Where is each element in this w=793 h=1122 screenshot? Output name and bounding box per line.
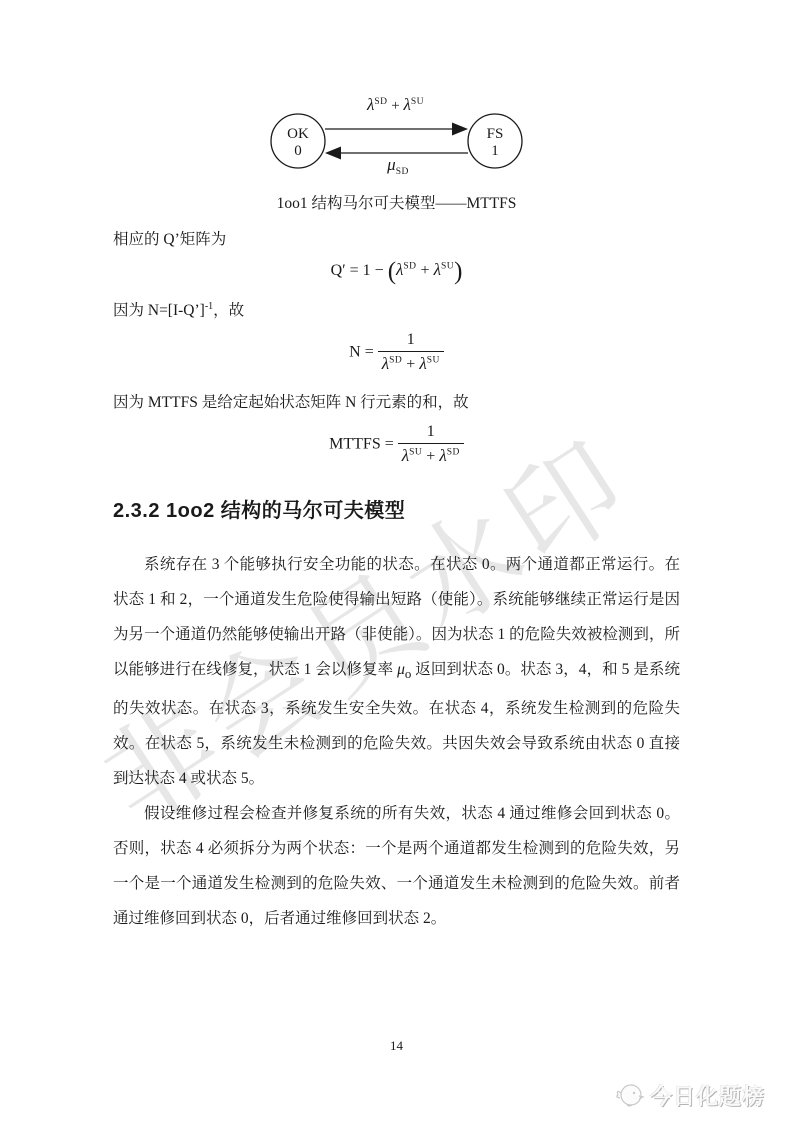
formula-q-one: 1 — [363, 262, 371, 279]
lambda-symbol: λ — [419, 354, 426, 373]
brand-name: 今日化题榜 — [650, 1080, 765, 1111]
document-page: 非会员水印 OK 0 FS 1 λSD + λSU μSD 1oo1 结构马尔可… — [0, 0, 793, 1122]
right-paren: ) — [454, 258, 462, 285]
lambda-sup-su: SU — [411, 97, 424, 107]
lambda-symbol: λ — [403, 95, 410, 114]
n-intro-suffix: ，故 — [213, 302, 244, 319]
n-matrix-intro: 因为 N=[I-Q’]-1，故 — [113, 298, 680, 320]
fraction-denominator: λSU + λSD — [398, 444, 464, 468]
lambda-sup-su: SU — [409, 448, 422, 458]
q-matrix-intro: 相应的 Q’矩阵为 — [113, 227, 680, 249]
fraction-numerator: 1 — [378, 330, 444, 352]
arrow-ok-to-fs-head — [452, 123, 468, 136]
body-paragraph-2: 假设维修过程会检查并修复系统的所有失效，状态 4 通过维修会回到状态 0。否则，… — [113, 796, 680, 936]
formula-n-lhs: N — [349, 344, 361, 361]
plus-sign: + — [406, 356, 415, 373]
lambda-sup-su: SU — [441, 262, 454, 272]
fraction: 1 λSD + λSU — [378, 330, 444, 376]
mu-symbol: μ — [397, 661, 405, 678]
plus-sign: + — [391, 98, 399, 114]
minus-sign: − — [375, 262, 384, 279]
chick-icon — [612, 1081, 646, 1111]
state-ok-label: OK — [287, 126, 309, 142]
paragraph-text: 系统存在 3 个能够执行安全功能的状态。在状态 0。两个通道都正常运行。在状态 … — [113, 556, 680, 678]
plus-sign: + — [421, 262, 430, 279]
arrow-fs-to-ok-head — [325, 147, 341, 160]
lambda-sup-sd: SD — [447, 448, 460, 458]
transition-rate-label-top: λSD + λSU — [318, 95, 473, 115]
formula-n: N = 1 λSD + λSU — [113, 330, 680, 376]
mu-sub-sd: SD — [396, 167, 409, 177]
section-heading: 2.3.2 1oo2 结构的马尔可夫模型 — [113, 494, 680, 523]
lambda-sup-su: SU — [427, 356, 440, 366]
figure-caption: 1oo1 结构马尔可夫模型——MTTFS — [113, 191, 680, 213]
left-paren: ( — [388, 258, 396, 285]
brand-watermark: 今日化题榜 — [612, 1080, 765, 1111]
equals-sign: = — [365, 344, 374, 361]
repair-rate-label-bottom: μSD — [343, 155, 453, 177]
equals-sign: = — [385, 436, 394, 453]
inverse-exponent: -1 — [205, 301, 213, 312]
lambda-sup-sd: SD — [403, 262, 416, 272]
lambda-symbol: λ — [434, 260, 441, 279]
lambda-sup-sd: SD — [389, 356, 402, 366]
plus-sign: + — [426, 448, 435, 465]
paragraph-text: 返回到状态 0。状态 3，4，和 5 是系统的失效状态。在状态 3，系统发生安全… — [113, 661, 680, 787]
markov-state-diagram: OK 0 FS 1 λSD + λSU μSD — [113, 95, 680, 187]
formula-q-lhs: Q′ — [331, 262, 346, 279]
page-number: 14 — [0, 1038, 793, 1054]
lambda-sup-sd: SD — [374, 97, 387, 107]
page-content: OK 0 FS 1 λSD + λSU μSD 1oo1 结构马尔可夫模型——M… — [113, 95, 680, 936]
n-intro-text: 因为 N=[I-Q’] — [113, 302, 205, 319]
equals-sign: = — [350, 262, 359, 279]
fraction-denominator: λSD + λSU — [378, 352, 444, 376]
state-fs-label: FS — [487, 126, 504, 142]
fraction-numerator: 1 — [398, 422, 464, 444]
mu-symbol: μ — [387, 155, 396, 174]
fraction: 1 λSU + λSD — [398, 422, 464, 468]
body-paragraph-1: 系统存在 3 个能够执行安全功能的状态。在状态 0。两个通道都正常运行。在状态 … — [113, 547, 680, 796]
state-ok-number: 0 — [294, 143, 302, 159]
formula-mttfs: MTTFS = 1 λSU + λSD — [113, 422, 680, 468]
lambda-symbol: λ — [439, 446, 446, 465]
state-fs-number: 1 — [491, 143, 499, 159]
mttfs-intro: 因为 MTTFS 是给定起始状态矩阵 N 行元素的和，故 — [113, 390, 680, 412]
formula-mttfs-lhs: MTTFS — [329, 436, 381, 453]
formula-q: Q′ = 1 − (λSD + λSU) — [113, 259, 680, 284]
